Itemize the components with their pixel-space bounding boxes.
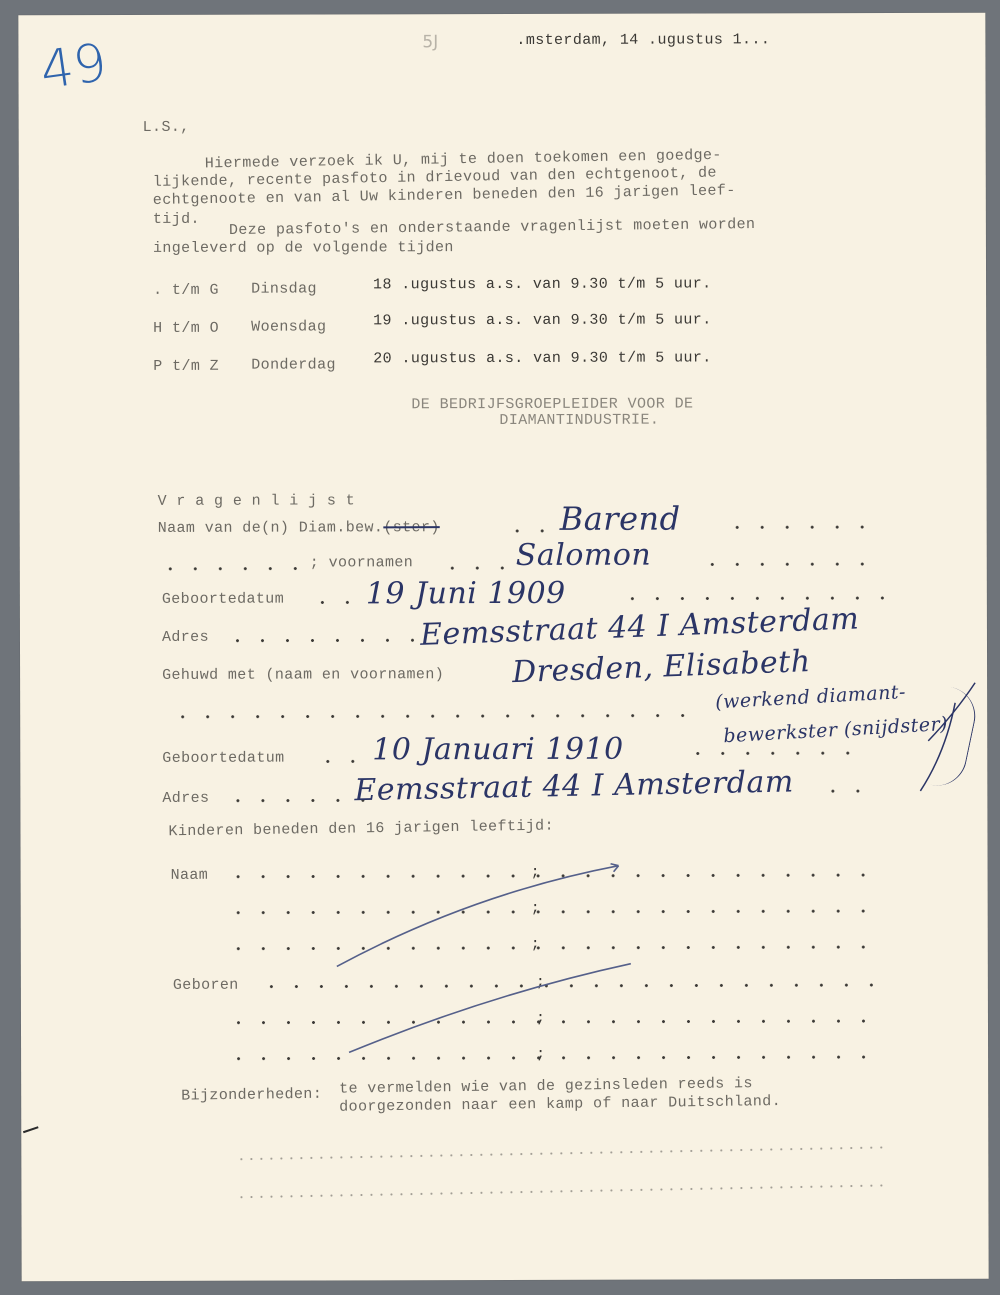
dotted-leader: [440, 566, 510, 570]
schedule-time: 18 .ugustus a.s. van 9.30 t/m 5 uur.: [373, 275, 711, 293]
children-heading: Kinderen beneden den 16 jarigen leeftijd…: [168, 818, 554, 841]
folio-number: 49: [37, 33, 111, 102]
cancel-stroke: [349, 964, 631, 1053]
pen-mark: [23, 1127, 38, 1132]
dotted-leader: [700, 562, 885, 566]
children-name-label: Naam: [171, 867, 209, 884]
dotted-leader: [620, 596, 890, 601]
salutation: L.S.,: [143, 119, 190, 136]
separator: ;: [531, 900, 540, 917]
schedule-letters: P t/m Z: [153, 358, 219, 375]
birthdate-label: Geboortedatum: [162, 591, 284, 608]
surname-label: Naam van de(n) Diam.bew.(ster): [158, 519, 440, 537]
address-label: Adres: [162, 629, 209, 646]
spouse-value: Dresden, Elisabeth: [512, 644, 812, 690]
surname-label-text: Naam van de(n) Diam.bew.: [158, 519, 384, 537]
dotted-leader: [225, 638, 425, 643]
dotted-leader: [259, 983, 886, 989]
dotted-leader: [236, 1184, 886, 1199]
schedule-table: . t/m G Dinsdag 18 .ugustus a.s. van 9.3…: [18, 13, 985, 16]
separator: ;: [531, 936, 540, 953]
letter-line-5: Deze pasfoto's en onderstaande vragenlij…: [229, 216, 756, 239]
schedule-time: 19 .ugustus a.s. van 9.30 t/m 5 uur.: [373, 311, 711, 329]
firstnames-label: ; voornamen: [310, 554, 413, 571]
spouse-address-value: Eemsstraat 44 I Amsterdam: [354, 764, 794, 808]
dotted-leader: [725, 525, 885, 529]
remarks-label: Bijzonderheden:: [181, 1086, 322, 1105]
dotted-leader: [236, 1146, 886, 1161]
spouse-note-line-1: (werkend diamant-: [715, 681, 907, 713]
separator: ;: [536, 1010, 545, 1027]
form-title: V r a g e n l i j s t: [158, 492, 355, 510]
arrow-head: [611, 864, 619, 872]
spouse-address-label: Adres: [162, 790, 209, 807]
dotted-leader: [226, 909, 886, 915]
separator: ;: [536, 974, 545, 991]
dotted-leader: [505, 529, 555, 533]
spouse-birthdate-value: 10 Januari 1910: [372, 732, 624, 768]
separator: ;: [531, 864, 540, 881]
place-date: .msterdam, 14 .ugustus 1...: [516, 31, 770, 49]
dotted-leader: [226, 1055, 886, 1061]
schedule-letters: . t/m G: [153, 282, 219, 299]
schedule-time: 20 .ugustus a.s. van 9.30 t/m 5 uur.: [373, 349, 711, 367]
dotted-leader: [310, 600, 365, 604]
dotted-leader: [226, 1019, 886, 1025]
children-born-label: Geboren: [173, 977, 239, 994]
birthdate-value: 19 Juni 1909: [366, 576, 566, 612]
pencil-number: 5J: [422, 32, 438, 52]
letter-line-4: tijd.: [153, 211, 200, 228]
schedule-letters: H t/m O: [153, 320, 219, 337]
dotted-leader: [225, 798, 365, 802]
dotted-leader: [170, 713, 700, 718]
dotted-leader: [158, 566, 318, 570]
signature-line-1: DE BEDRIJFSGROEPLEIDER VOOR DE: [411, 396, 693, 414]
schedule-day: Donderdag: [251, 356, 336, 373]
signature-line-2: DIAMANTINDUSTRIE.: [499, 412, 659, 429]
dotted-leader: [820, 789, 870, 793]
schedule-day: Woensdag: [251, 318, 326, 335]
firstnames-value: Salomon: [516, 538, 652, 573]
cancel-stroke: [337, 866, 619, 967]
document-page: 49 5J .msterdam, 14 .ugustus 1... L.S., …: [18, 13, 988, 1282]
spouse-label: Gehuwd met (naam en voornamen): [162, 666, 444, 684]
dotted-leader: [226, 873, 886, 879]
dotted-leader: [315, 759, 370, 763]
letter-line-6: ingeleverd op de volgende tijden: [153, 239, 454, 257]
spouse-birthdate-label: Geboortedatum: [162, 750, 284, 767]
struck-suffix: (ster): [383, 519, 439, 536]
separator: ;: [536, 1046, 545, 1063]
surname-value: Barend: [560, 500, 681, 538]
schedule-day: Dinsdag: [251, 280, 317, 297]
dotted-leader: [226, 945, 886, 951]
dotted-leader: [685, 751, 865, 755]
